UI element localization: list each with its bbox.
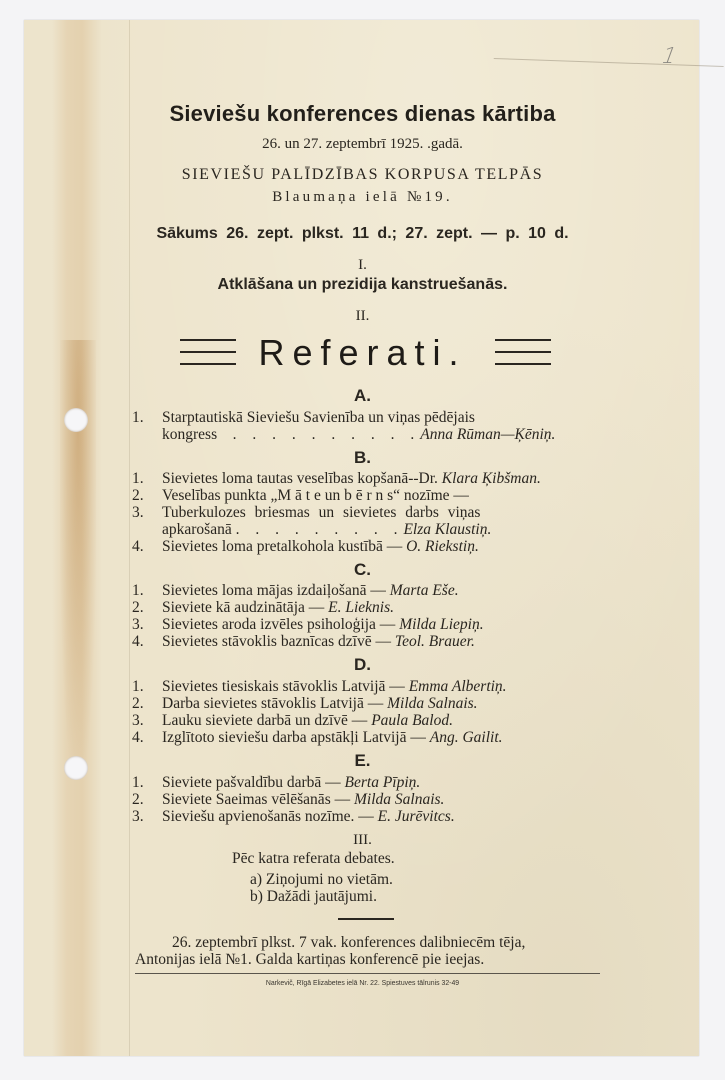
author: Elza Klaustiņ. [403, 521, 491, 538]
author: Ang. Gailit. [430, 729, 503, 746]
list-item: 1.Sievietes loma tautas veselības kopšan… [132, 470, 541, 487]
author: O. Riekstiņ. [406, 538, 479, 555]
section-2-title: Referati. [0, 332, 725, 374]
section-3-numeral: III. [0, 832, 725, 849]
start-times: Sākums 26. zept. plkst. 11 d.; 27. zept.… [0, 225, 725, 243]
sub-item: a) Ziņojumi no vietām. [250, 871, 393, 889]
group-letter: B. [0, 448, 725, 468]
conference-dates: 26. un 27. zeptembrī 1925. .gadā. [0, 136, 725, 153]
list-item: 3.Lauku sieviete darbā un dzīvē — Paula … [132, 712, 453, 729]
author: Emma Albertiņ. [409, 678, 507, 695]
list-item: 1.Sievietes tiesiskais stāvoklis Latvijā… [132, 678, 507, 695]
list-item-continuation: kongress . . . . . . . . . .Anna Rūman—Ķ… [162, 426, 555, 443]
list-item: 1.Sieviete pašvaldību darbā — Berta Pīpi… [132, 774, 420, 791]
list-item: 2.Veselības punkta „M ā t e un b ē r n s… [132, 487, 469, 504]
document-title: Sieviešu konferences dienas kārtiba [0, 101, 725, 127]
list-item: 4.Sievietes loma pretalkohola kustībā — … [132, 538, 479, 555]
author: Klara Ķibšman. [442, 470, 541, 487]
list-item: 1.Sievietes loma mājas izdaiļošanā — Mar… [132, 582, 459, 599]
group-letter: D. [0, 655, 725, 675]
author: Milda Liepiņ. [399, 616, 483, 633]
address: Blaumaņa ielā №19. [0, 189, 725, 206]
closing-line-2: Antonijas ielā №1. Galda kartiņas konfer… [135, 951, 484, 969]
author: E. Jurēvitcs. [378, 808, 455, 825]
group-letter: E. [0, 751, 725, 771]
section-3-title: Pēc katra referata debates. [232, 850, 395, 868]
decorative-rule-right [495, 339, 551, 369]
list-item: 2.Sieviete kā audzinātāja — E. Lieknis. [132, 599, 394, 616]
paper-crease [494, 44, 724, 67]
group-letter: A. [0, 386, 725, 406]
author: Milda Salnais. [387, 695, 477, 712]
list-item: 2.Darba sievietes stāvoklis Latvijā — Mi… [132, 695, 478, 712]
group-letter: C. [0, 560, 725, 580]
list-item: 3.Tuberkulozes briesmas un sievietes dar… [132, 504, 480, 521]
list-item: 3.Sievietes aroda izvēles psiholoģija — … [132, 616, 484, 633]
author: Milda Salnais. [354, 791, 444, 808]
author: E. Lieknis. [328, 599, 394, 616]
list-item-continuation: apkarošanā . . . . . . . . .Elza Klausti… [162, 521, 491, 538]
list-item: 4.Sievietes stāvoklis baznīcas dzīvē — T… [132, 633, 475, 650]
section-1-numeral: I. [0, 257, 725, 274]
sub-item: b) Dažādi jautājumi. [250, 888, 377, 906]
author: Berta Pīpiņ. [345, 774, 421, 791]
printer-imprint: Narkevič, Rīgā Elizabetes ielā Nr. 22. S… [29, 978, 696, 987]
closing-line-1: 26. zeptembrī plkst. 7 vak. konferences … [172, 934, 525, 952]
venue: SIEVIEŠU PALĪDZĪBAS KORPUSA TELPĀS [0, 166, 725, 184]
list-item: 2.Sieviete Saeimas vēlēšanās — Milda Sal… [132, 791, 444, 808]
author: Teol. Brauer. [395, 633, 475, 650]
author: Marta Eše. [390, 582, 459, 599]
footer-rule [135, 973, 600, 974]
divider [338, 918, 394, 920]
section-1-title: Atklāšana un prezidija kanstruešanās. [0, 276, 725, 294]
author: Anna Rūman—Ķēniņ. [420, 426, 555, 443]
list-item: 1.Starptautiskā Sieviešu Savienība un vi… [132, 409, 475, 426]
punch-hole-top [64, 408, 88, 432]
list-item: 3.Sieviešu apvienošanās nozīme. — E. Jur… [132, 808, 455, 825]
list-item: 4.Izglītoto sieviešu darba apstākļi Latv… [132, 729, 503, 746]
section-2-numeral: II. [0, 308, 725, 325]
author: Paula Balod. [371, 712, 453, 729]
